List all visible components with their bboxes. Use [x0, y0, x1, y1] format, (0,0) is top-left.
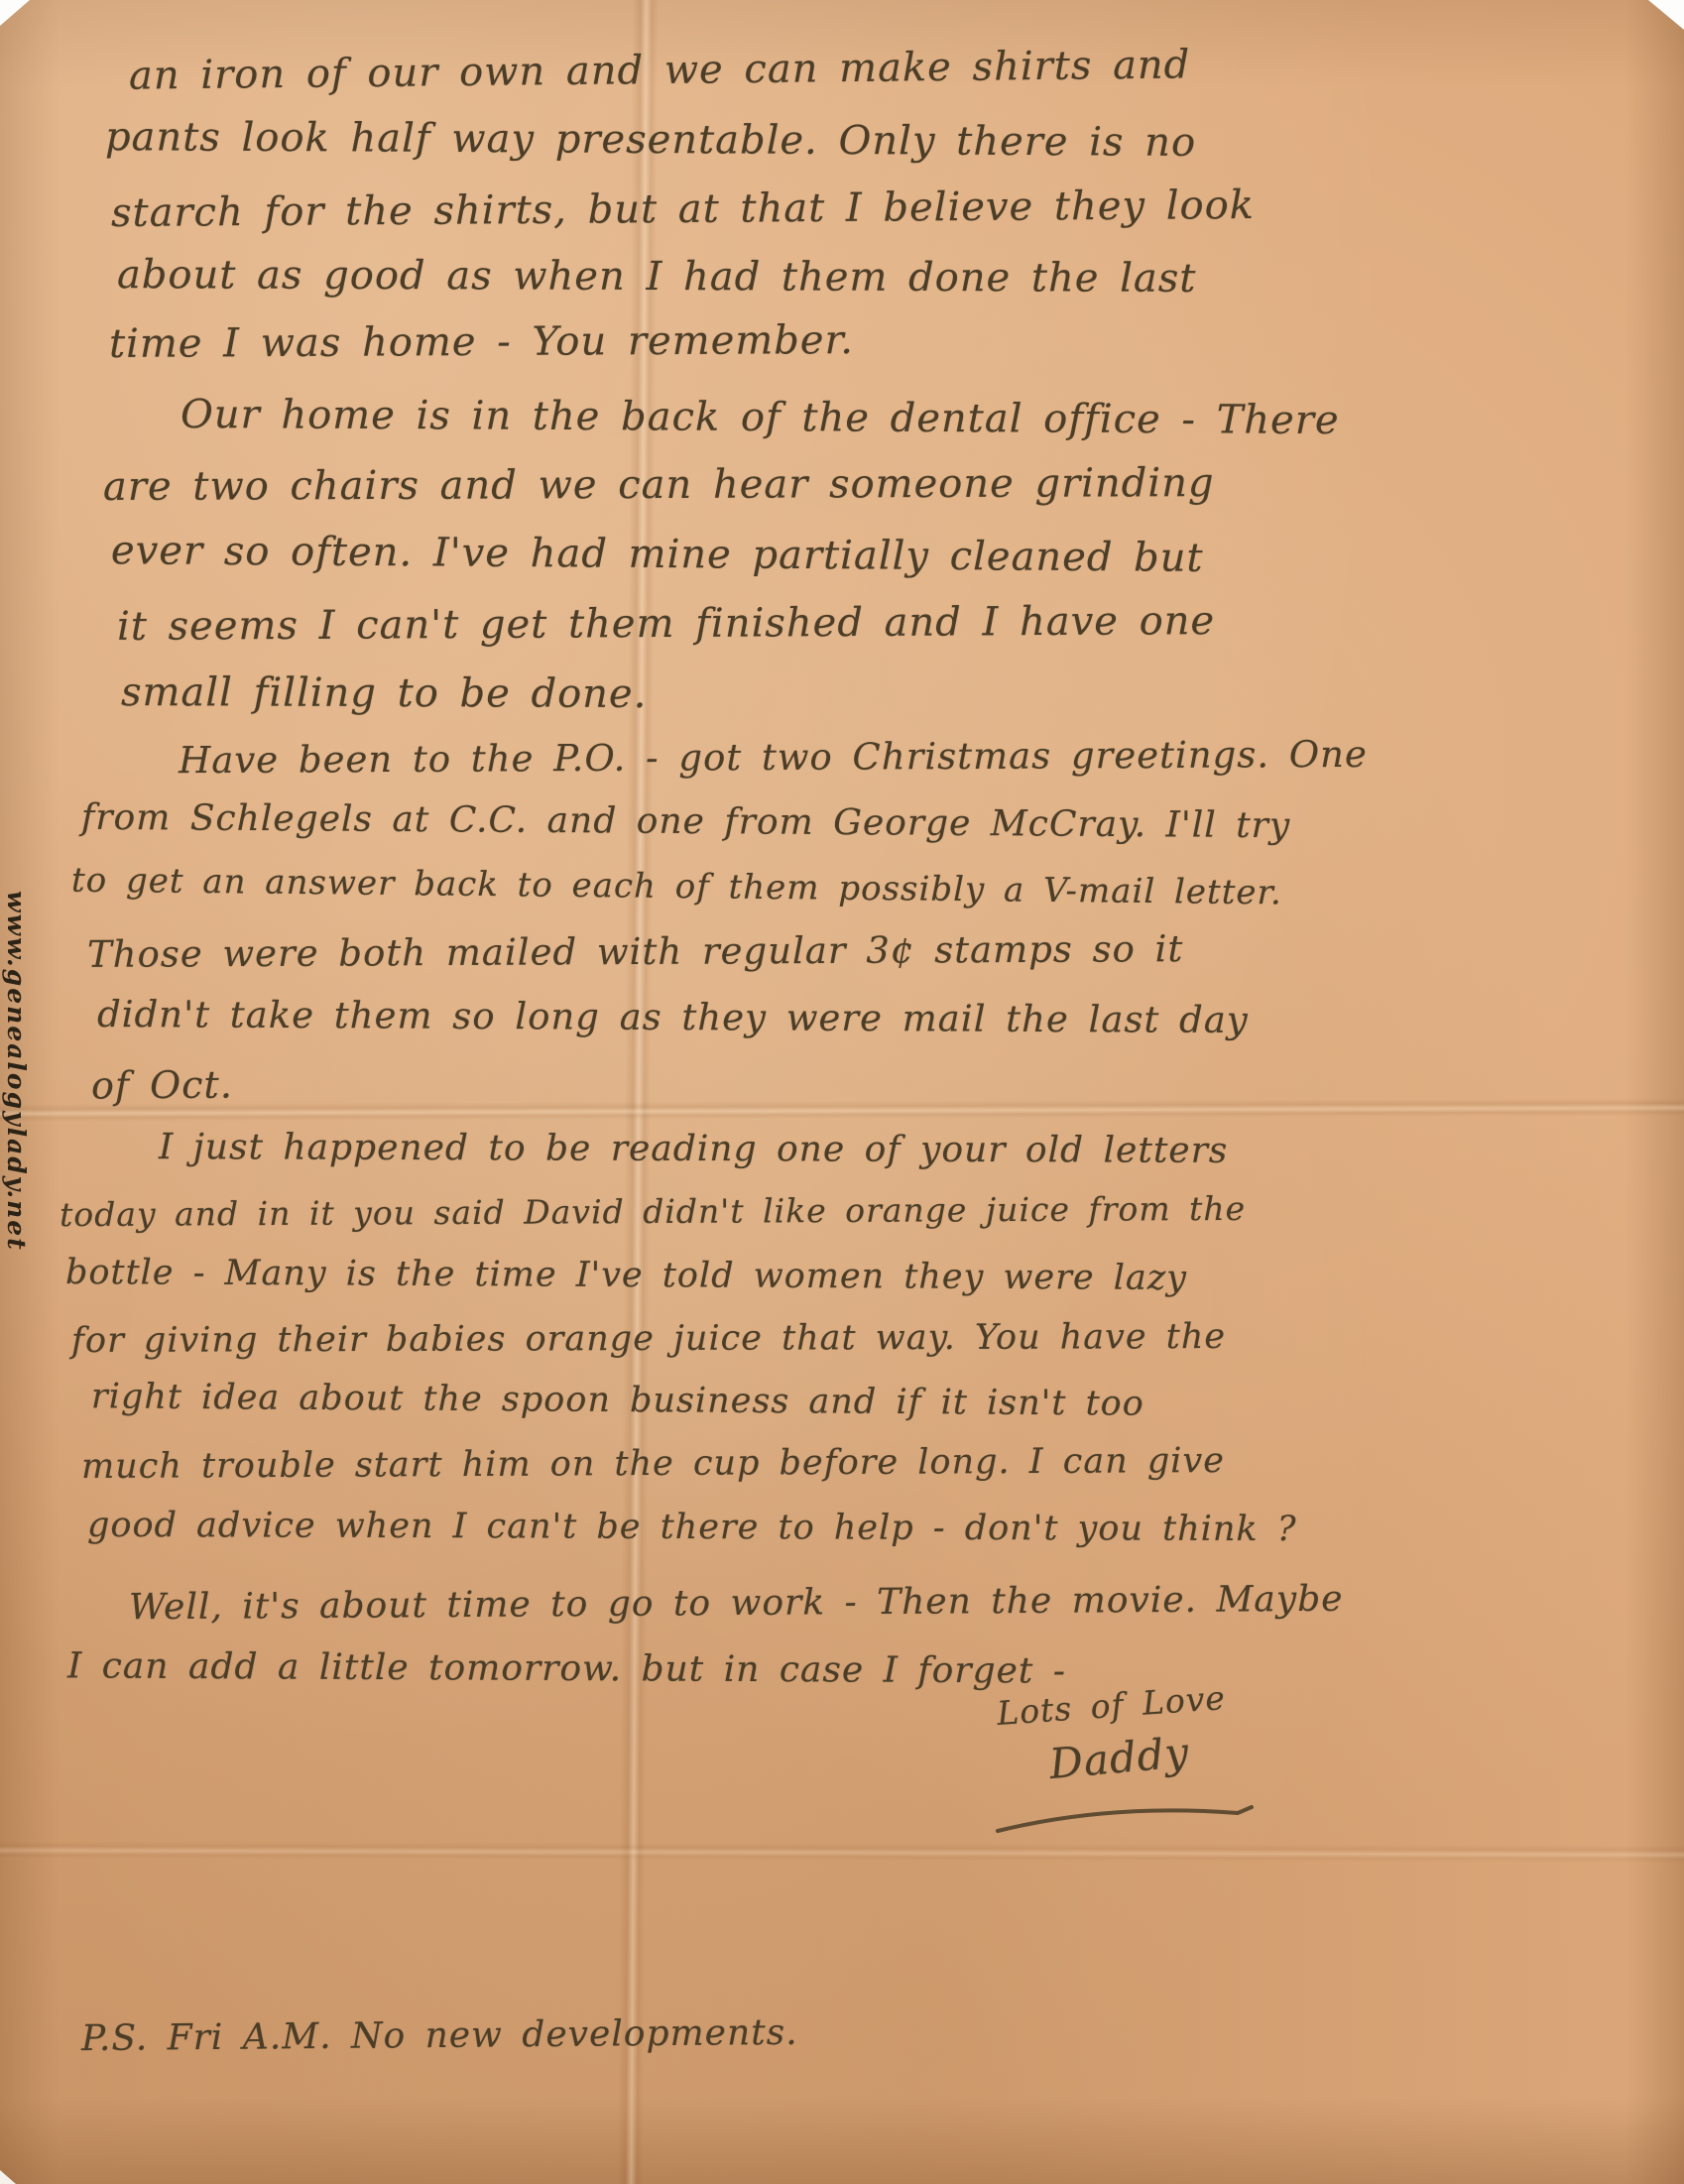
watermark-text: www.genealogylady.net [2, 891, 31, 1252]
letter-line: bottle - Many is the time I've told wome… [65, 1253, 1187, 1298]
scan-corner-topright [1648, 0, 1684, 30]
letter-line: small filling to be done. [121, 669, 648, 717]
signature-flourish-underline [992, 1797, 1269, 1843]
letter-line: much trouble start him on the cup before… [81, 1441, 1225, 1487]
letter-line: today and in it you said David didn't li… [60, 1189, 1246, 1234]
letter-line: Have been to the P.O. - got two Christma… [179, 733, 1368, 782]
letter-scan-page: www.genealogylady.net an iron of our own… [0, 0, 1684, 2184]
letter-line: Those were both mailed with regular 3¢ s… [87, 927, 1184, 976]
letter-line: I can add a little tomorrow. but in case… [67, 1645, 1066, 1691]
letter-line: from Schlegels at C.C. and one from Geor… [81, 797, 1290, 847]
letter-line: about as good as when I had them done th… [117, 252, 1197, 302]
letter-line: time I was home - You remember. [109, 317, 854, 367]
letter-line: right idea about the spoon business and … [91, 1377, 1144, 1423]
letter-line: I just happened to be reading one of you… [159, 1127, 1228, 1171]
letter-line: Well, it's about time to go to work - Th… [129, 1579, 1344, 1629]
letter-line: it seems I can't get them finished and I… [117, 598, 1215, 650]
letter-line: of Oct. [91, 1063, 233, 1108]
letter-line: Our home is in the back of the dental of… [180, 392, 1340, 443]
scan-corner-bottomleft [0, 2170, 16, 2184]
letter-line: pants look half way presentable. Only th… [105, 114, 1196, 166]
letter-line: good advice when I can't be there to hel… [87, 1506, 1297, 1549]
letter-line: for giving their babies orange juice tha… [71, 1317, 1226, 1361]
letter-line: are two chairs and we can hear someone g… [103, 460, 1215, 510]
letter-line: didn't take them so long as they were ma… [97, 993, 1249, 1041]
postscript-line: P.S. Fri A.M. No new developments. [81, 2012, 798, 2059]
scan-corner-topleft [0, 0, 30, 26]
letter-line: starch for the shirts, but at that I bel… [111, 182, 1255, 236]
letter-line: ever so often. I've had mine partially c… [111, 528, 1204, 581]
